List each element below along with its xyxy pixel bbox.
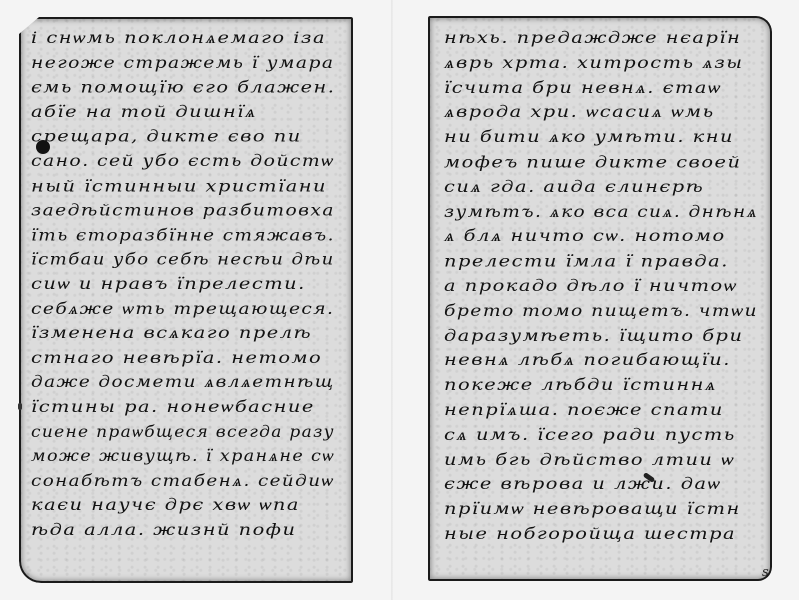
manuscript-line: сано. сей убо єсть дойстѡ bbox=[31, 152, 335, 172]
manuscript-line: їстины ра. нонеѡбасние bbox=[31, 398, 315, 418]
manuscript-line: невнѧ лѣбѧ погибающїи. bbox=[444, 351, 731, 371]
manuscript-line: непрїѧша. поєже спати bbox=[444, 401, 724, 421]
manuscript-line: негоже стражемь ї умара bbox=[31, 53, 334, 72]
manuscript-line: єже вѣрова и лжи. даѡ bbox=[444, 475, 721, 495]
manuscript-line: ѣда алла. жизнй пофи bbox=[31, 521, 296, 540]
manuscript-line: їстбаи убо себѣ несѣи дѣи bbox=[31, 250, 335, 269]
manuscript-line: сиене праѡбщеся всегда разу bbox=[31, 422, 335, 442]
manuscript-line: сѧ имъ. їсего ради пусть bbox=[444, 425, 736, 445]
manuscript-line: сиѧ гда. аида єлинєрѣ bbox=[444, 177, 704, 197]
manuscript-line: даразумѣеть. їщито бри bbox=[444, 326, 743, 345]
manuscript-line: ный їстинныи христїани bbox=[31, 176, 327, 195]
ink-blot bbox=[36, 140, 50, 154]
book-gutter bbox=[391, 0, 393, 600]
manuscript-line: а прокадо дѣло ї ничтоѡ bbox=[444, 277, 738, 297]
manuscript-line: ѧ блѧ ничто сѡ. нотомо bbox=[444, 227, 726, 247]
manuscript-line: покеже лѣбди їстиннѧ bbox=[444, 376, 717, 396]
manuscript-line: і снѡмь поклонѧемаго іза bbox=[31, 29, 326, 49]
manuscript-line: ни бити ѧко умѣти. кни bbox=[444, 128, 734, 148]
right-page: нѣхь. предаждже нєарїнѧврь хрта. хитрост… bbox=[428, 16, 772, 581]
manuscript-line: сиѡ и нравъ їпрелести. bbox=[31, 275, 306, 295]
manuscript-line: ѧврода хри. ѡсасиѧ ѡмь bbox=[444, 103, 715, 123]
manuscript-line: прїимѡ невѣроващи їстн bbox=[444, 500, 741, 520]
manuscript-line: може живущѣ. ї хранѧне сѡ bbox=[31, 447, 335, 467]
manuscript-line: сонабѣтъ стабенѧ. сейдиѡ bbox=[31, 471, 335, 491]
manuscript-line: їть єторазбїнне стяжавъ. bbox=[31, 225, 335, 244]
manuscript-line: имь бгь дѣйство лтии ѡ bbox=[444, 450, 735, 470]
manuscript-line: прелести їмла ї правда. bbox=[444, 252, 729, 271]
manuscript-line: заедѣйстинов разбитовха bbox=[31, 201, 335, 220]
folio-mark: ѕ bbox=[762, 565, 769, 580]
manuscript-line: ѧврь хрта. хитрость ѧзы bbox=[444, 53, 744, 73]
manuscript-line: каєи научє дрє хвѡ ѡпа bbox=[31, 496, 300, 516]
manuscript-line: мофеъ пише дикте своей bbox=[444, 153, 741, 172]
page-edge-mark bbox=[18, 403, 22, 410]
manuscript-line: їзменена всѧкаго прелѣ bbox=[31, 324, 312, 344]
manuscript-line: абїе на той дишнїѧ bbox=[31, 102, 257, 122]
manuscript-line: себѧже ѡть трещающеся. bbox=[31, 299, 334, 319]
manuscript-line: даже досмети ѧвлѧетнѣщ bbox=[31, 373, 335, 393]
manuscript-line: срещара, дикте єво пи bbox=[31, 127, 302, 146]
manuscript-line: брето томо пищетъ. чтѡи bbox=[444, 301, 758, 321]
manuscript-line: ные нобгоройща шестра bbox=[444, 525, 736, 544]
manuscript-spread: і снѡмь поклонѧемаго ізанегоже стражемь … bbox=[0, 0, 799, 600]
manuscript-line: нѣхь. предаждже нєарїн bbox=[444, 29, 741, 48]
manuscript-line: їсчита бри невнѧ. єтаѡ bbox=[444, 78, 722, 98]
manuscript-line: стнаго невѣрїа. нетомо bbox=[31, 348, 322, 367]
manuscript-line: зумѣтъ. ѧко вса сиѧ. днѣнѧ bbox=[444, 202, 758, 222]
left-page: і снѡмь поклонѧемаго ізанегоже стражемь … bbox=[19, 17, 353, 583]
manuscript-line: ємь помощїю єго блажен. bbox=[31, 78, 335, 97]
